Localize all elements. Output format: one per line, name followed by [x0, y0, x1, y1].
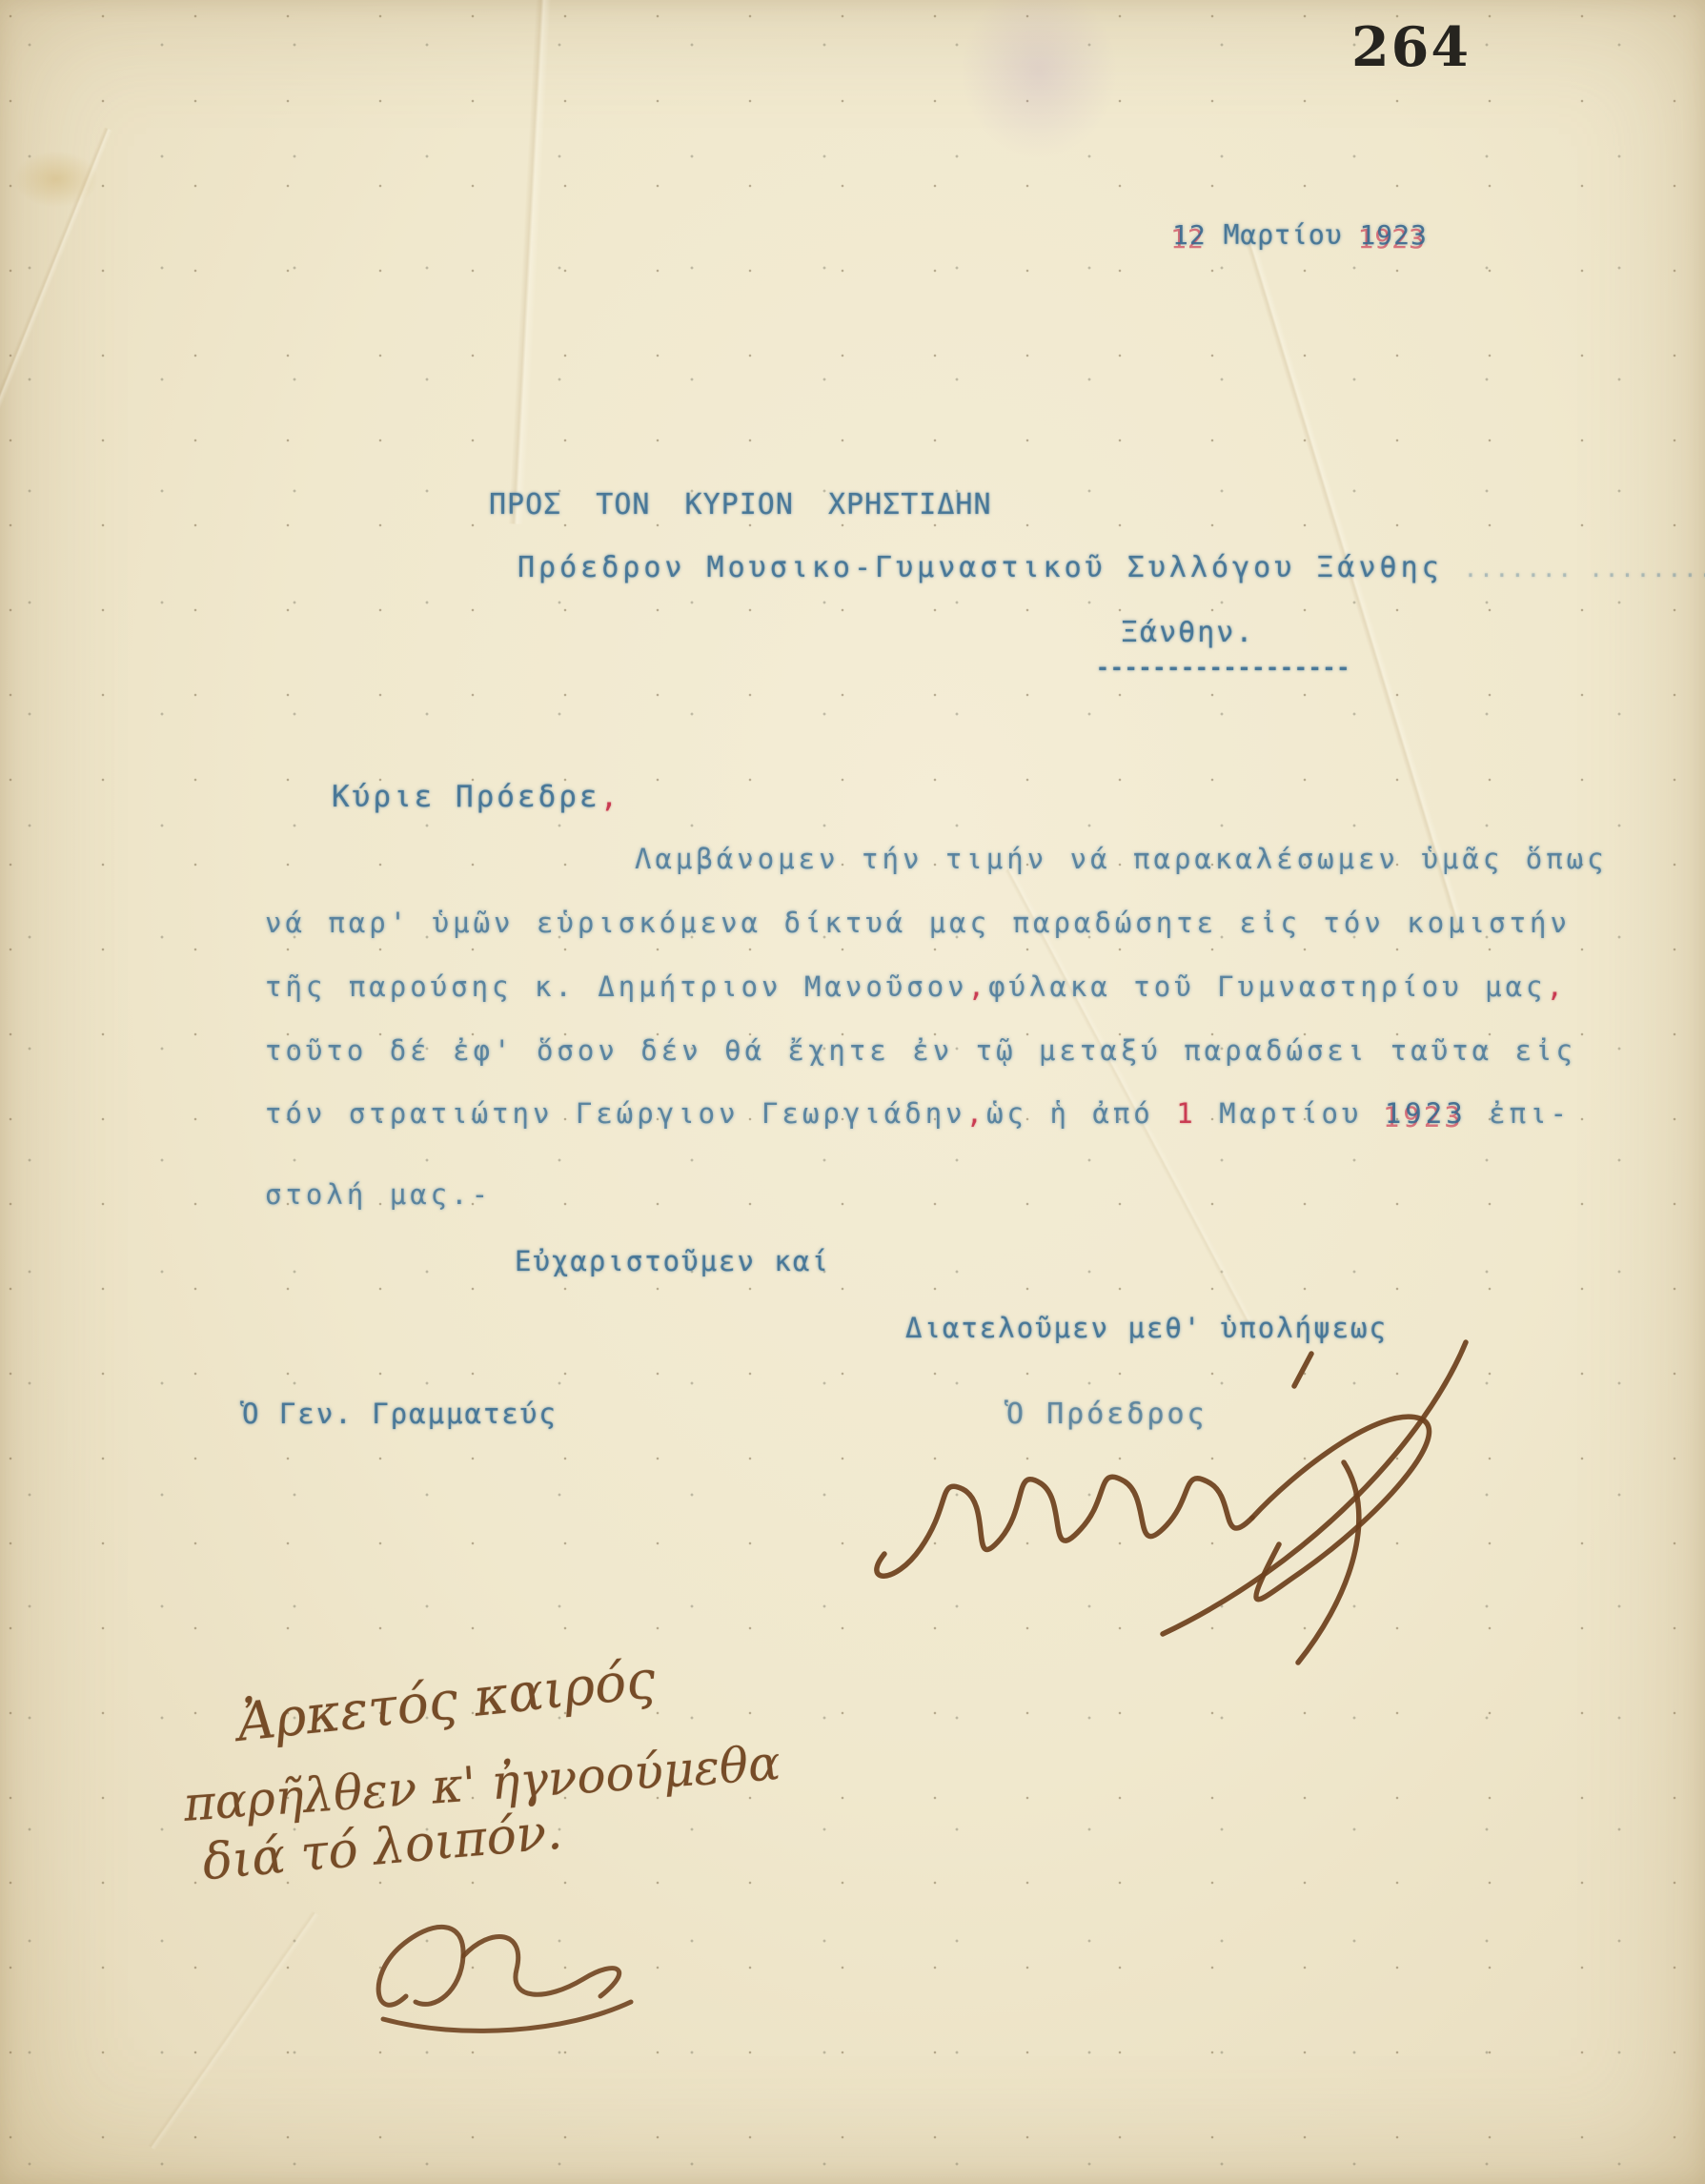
body-text-segment: τόν στρατιώτην Γεώργιον Γεωργιάδην — [265, 1097, 966, 1130]
body-text-segment: ὡς ἡ ἀπό — [986, 1097, 1176, 1130]
paper-crease — [148, 1910, 319, 2150]
recipient-line: ΠΡΟΣ ΤΟΝ ΚΥΡΙΟΝ ΧΡΗΣΤΙΔΗΝ — [489, 488, 992, 521]
date-month: Μαρτίου — [1224, 219, 1343, 251]
ink-stain — [958, 0, 1120, 162]
body-text-segment: φύλακα τοῦ Γυμναστηρίου μας — [988, 970, 1546, 1003]
date-day: 12 — [1172, 219, 1207, 251]
recipient-title-line: Πρόεδρον Μουσικο-Γυμναστικοῦ Συλλόγου Ξά… — [518, 551, 1705, 584]
body-line: τῆς παρούσης κ. Δημήτριον Μανοῦσον,φύλακ… — [265, 970, 1567, 1003]
body-line: στολή μας.- — [265, 1178, 492, 1211]
date-year: 1923 — [1359, 219, 1427, 251]
note-initials-monogram — [351, 1889, 637, 2032]
body-text-segment: στολή μας.- — [265, 1178, 492, 1211]
body-text-segment: τῆς παρούσης κ. Δημήτριον Μανοῦσον — [265, 970, 968, 1003]
body-text-segment: Λαμβάνομεν τήν τιμήν νά παρακαλέσωμεν ὑμ… — [635, 843, 1608, 875]
folio-number: 264 — [1351, 15, 1471, 79]
salutation: Κύριε Πρόεδρε, — [332, 780, 620, 814]
paper-crease — [0, 127, 112, 501]
body-line: νά παρ' ὑμῶν εὑρισκόμενα δίκτυά μας παρα… — [265, 907, 1571, 939]
body-paragraph: Λαμβάνομεν τήν τιμήν νά παρακαλέσωμεν ὑμ… — [265, 843, 1666, 1243]
closing-thanks: Εὐχαριστοῦμεν καί — [515, 1245, 830, 1277]
body-line: Λαμβάνομεν τήν τιμήν νά παρακαλέσωμεν ὑμ… — [635, 843, 1608, 875]
date-line: 12 Μαρτίου 1923 — [1172, 219, 1428, 251]
body-text-segment: 1 — [1176, 1097, 1196, 1130]
body-text-segment: 1923 — [1385, 1097, 1467, 1130]
body-line: τόν στρατιώτην Γεώργιον Γεωργιάδην,ὡς ἡ … — [265, 1097, 1571, 1130]
recipient-city: Ξάνθην. — [1121, 616, 1254, 649]
body-text-segment: , — [968, 970, 988, 1003]
body-text-segment: Μαρτίου — [1197, 1097, 1385, 1130]
body-text-segment: , — [1547, 970, 1567, 1003]
paper-stain — [13, 151, 99, 208]
body-text-segment: , — [966, 1097, 986, 1130]
salutation-text: Κύριε Πρόεδρε — [332, 780, 600, 814]
dashed-rule: ------------------ — [1096, 656, 1350, 681]
body-text-segment: τοῦτο δέ ἐφ' ὅσον δέν θά ἔχητε ἐν τῷ μετ… — [265, 1034, 1576, 1067]
body-text-segment: νά παρ' ὑμῶν εὑρισκόμενα δίκτυά μας παρα… — [265, 907, 1571, 939]
salutation-comma: , — [600, 780, 621, 814]
handwritten-note-line: Ἀρκετός καιρός — [234, 1648, 659, 1753]
body-text-segment: ἐπι- — [1467, 1097, 1571, 1130]
paper-crease — [508, 0, 551, 524]
scanned-letter-page: 264 12 Μαρτίου 1923 ΠΡΟΣ ΤΟΝ ΚΥΡΙΟΝ ΧΡΗΣ… — [0, 0, 1705, 2184]
secretary-title: Ὁ Γεν. Γραμματεύς — [242, 1398, 558, 1430]
body-line: τοῦτο δέ ἐφ' ὅσον δέν θά ἔχητε ἐν τῷ μετ… — [265, 1034, 1576, 1067]
president-signature — [848, 1327, 1487, 1670]
recipient-title: Πρόεδρον Μουσικο-Γυμναστικοῦ Συλλόγου Ξά… — [518, 551, 1443, 584]
trailing-dots: ....... ........ — [1464, 556, 1705, 582]
